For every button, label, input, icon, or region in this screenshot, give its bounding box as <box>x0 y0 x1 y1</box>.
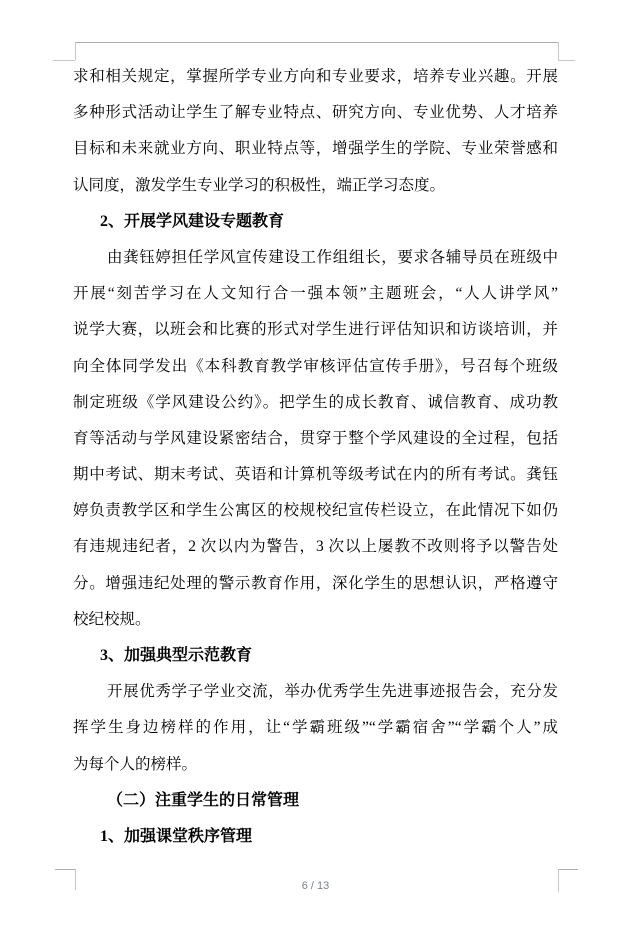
document-text-area[interactable]: 求和相关规定，掌握所学专业方向和专业要求，培养专业兴趣。开展多种形式活动让学生了… <box>73 59 558 855</box>
text-line[interactable]: 说学大赛，以班会和比赛的形式对学生进行评估知识和访谈培训，并 <box>73 312 558 348</box>
text-line[interactable]: 开展优秀学子学业交流，举办优秀学生先进事迹报告会，充分发 <box>73 674 558 710</box>
text-line[interactable]: 求和相关规定，掌握所学专业方向和专业要求，培养专业兴趣。开展 <box>73 59 558 95</box>
text-line[interactable]: 目标和未来就业方向、职业特点等，增强学生的学院、专业荣誉感和 <box>73 131 558 167</box>
heading-line[interactable]: 3、加强典型示范教育 <box>73 638 558 674</box>
heading-line[interactable]: （二）注重学生的日常管理 <box>73 783 558 819</box>
crop-mark-bottom-right-vertical <box>558 869 559 892</box>
crop-mark-top-right-tick <box>558 60 575 61</box>
text-line[interactable]: 挥学生身边榜样的作用，让“学霸班级”“学霸宿舍”“学霸个人”成 <box>73 710 558 746</box>
text-line[interactable]: 有违规违纪者，2 次以内为警告，3 次以上屡教不改则将予以警告处 <box>73 529 558 565</box>
document-page: 求和相关规定，掌握所学专业方向和专业要求，培养专业兴趣。开展多种形式活动让学生了… <box>0 0 640 940</box>
crop-mark-top-left-tick <box>53 60 75 61</box>
text-line[interactable]: 期中考试、期末考试、英语和计算机等级考试在内的所有考试。龚钰 <box>73 457 558 493</box>
text-line[interactable]: 校纪校规。 <box>73 602 558 638</box>
text-line[interactable]: 育等活动与学风建设紧密结合，贯穿于整个学风建设的全过程，包括 <box>73 421 558 457</box>
text-line[interactable]: 认同度，激发学生专业学习的积极性，端正学习态度。 <box>73 168 558 204</box>
text-boundary-top-line <box>75 42 558 43</box>
text-line[interactable]: 为每个人的榜样。 <box>73 747 558 783</box>
crop-mark-top-left-vertical <box>75 42 76 60</box>
heading-line[interactable]: 1、加强课堂秩序管理 <box>73 819 558 855</box>
text-line[interactable]: 制定班级《学风建设公约》。把学生的成长教育、诚信教育、成功教 <box>73 385 558 421</box>
text-line[interactable]: 分。增强违纪处理的警示教育作用，深化学生的思想认识，严格遵守 <box>73 566 558 602</box>
text-line[interactable]: 婷负责教学区和学生公寓区的校规校纪宣传栏设立，在此情况下如仍 <box>73 493 558 529</box>
page-number: 6 / 13 <box>73 878 558 894</box>
heading-line[interactable]: 2、开展学风建设专题教育 <box>73 204 558 240</box>
crop-mark-top-right-vertical <box>558 42 559 60</box>
text-line[interactable]: 开展“刻苦学习在人文知行合一强本领”主题班会，“人人讲学风” <box>73 276 558 312</box>
crop-mark-bottom-left-tick <box>55 869 75 870</box>
text-line[interactable]: 由龚钰婷担任学风宣传建设工作组组长，要求各辅导员在班级中 <box>73 240 558 276</box>
crop-mark-bottom-right-tick <box>558 869 578 870</box>
text-line[interactable]: 多种形式活动让学生了解专业特点、研究方向、专业优势、人才培养 <box>73 95 558 131</box>
text-line[interactable]: 向全体同学发出《本科教育教学审核评估宣传手册》，号召每个班级 <box>73 349 558 385</box>
